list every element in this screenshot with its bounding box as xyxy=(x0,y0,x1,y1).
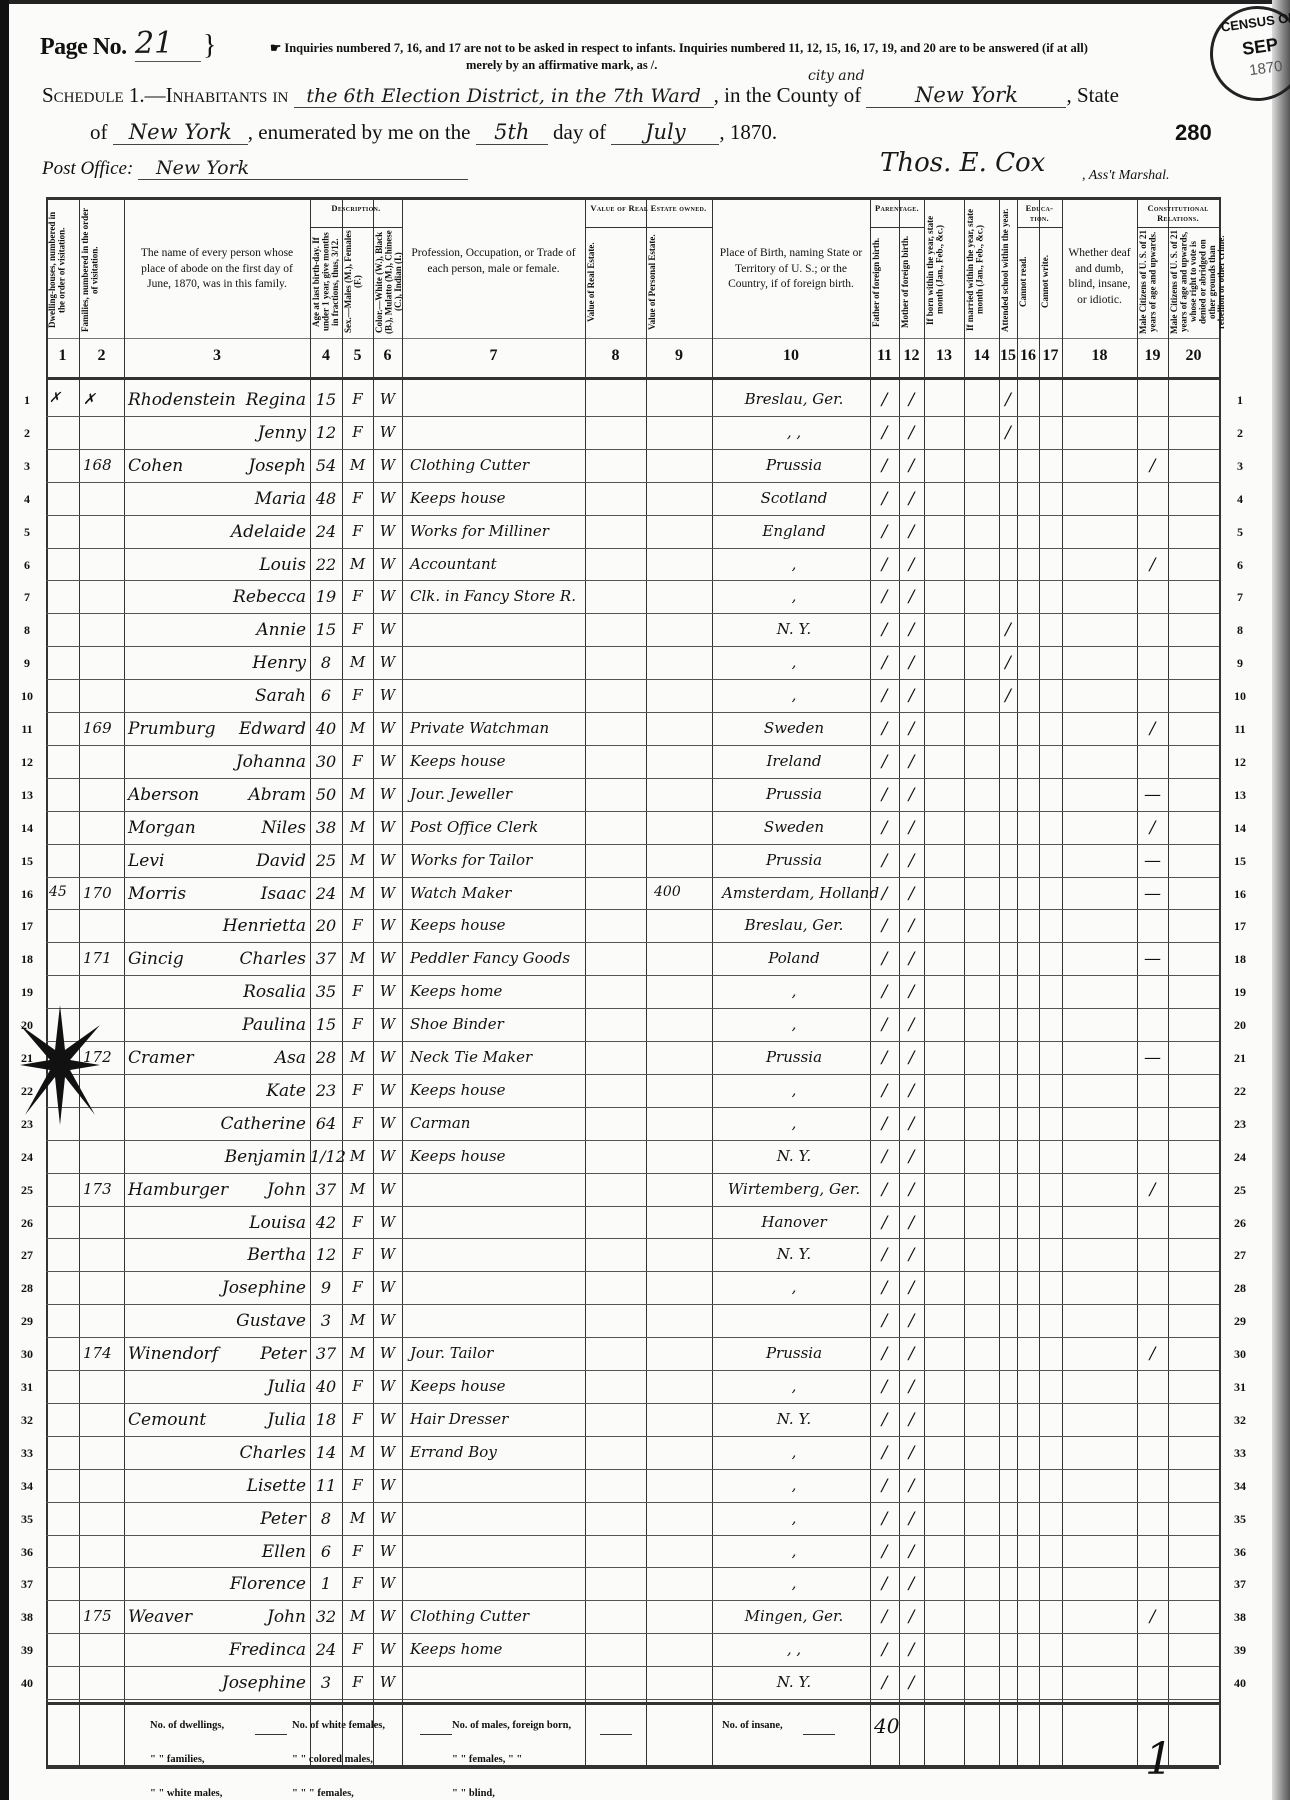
line-number-left: 9 xyxy=(16,656,38,671)
mother-foreign-mark: / xyxy=(899,1640,924,1660)
color: W xyxy=(373,1410,402,1428)
father-foreign-mark: / xyxy=(870,686,899,706)
line-number-left: 26 xyxy=(16,1216,38,1231)
occupation: Accountant xyxy=(410,555,497,573)
sex: M xyxy=(342,1180,373,1198)
occupation: Keeps house xyxy=(410,916,506,934)
school-mark: / xyxy=(999,653,1017,673)
family-number: ✗ xyxy=(83,390,96,408)
line-number-left: 30 xyxy=(16,1347,38,1362)
post-office-field: New York xyxy=(138,157,468,180)
citizen-mark: — xyxy=(1137,949,1168,969)
birthplace: Sweden xyxy=(722,719,866,737)
line-number-right: 36 xyxy=(1229,1545,1251,1560)
mother-foreign-mark: / xyxy=(899,686,924,706)
sex: F xyxy=(342,390,373,408)
group-parentage-underline xyxy=(870,227,924,228)
line-number-right: 1 xyxy=(1229,393,1251,408)
county-label: County of xyxy=(777,83,862,107)
column-divider xyxy=(1039,197,1040,1765)
line-number-right: 27 xyxy=(1229,1248,1251,1263)
given-name: Fredinca xyxy=(124,1640,306,1660)
birthplace: , , xyxy=(722,423,866,441)
mother-foreign-mark: / xyxy=(899,949,924,969)
color: W xyxy=(373,1344,402,1362)
age: 35 xyxy=(310,982,342,1001)
column-header-2: Families, numbered in the order of visit… xyxy=(81,206,122,334)
column-divider xyxy=(46,197,48,1765)
occupation: Keeps home xyxy=(410,982,502,1000)
group-constitutional: Constitutional Relations. xyxy=(1137,203,1219,223)
column-number-17: 17 xyxy=(1039,347,1062,365)
sex: F xyxy=(342,916,373,934)
birthplace: Breslau, Ger. xyxy=(722,916,866,934)
birthplace: , xyxy=(722,1476,866,1494)
row-rule xyxy=(46,712,1219,713)
column-divider xyxy=(646,197,647,1765)
line-number-right: 29 xyxy=(1229,1314,1251,1329)
column-number-8: 8 xyxy=(585,347,646,365)
sex: F xyxy=(342,1245,373,1263)
school-mark: / xyxy=(999,423,1017,443)
father-foreign-mark: / xyxy=(870,1640,899,1660)
age: 20 xyxy=(310,916,342,935)
color: W xyxy=(373,1015,402,1033)
marshal-label: , Ass't Marshal. xyxy=(1082,168,1170,184)
birthplace: , xyxy=(722,1443,866,1461)
citizen-mark: / xyxy=(1137,1344,1168,1364)
age: 37 xyxy=(310,1180,342,1199)
line-number-left: 1 xyxy=(16,393,38,408)
occupation: Post Office Clerk xyxy=(410,818,538,836)
summary-blind: " " blind, xyxy=(452,1788,495,1799)
row-rule xyxy=(46,877,1219,878)
school-mark: / xyxy=(999,686,1017,706)
sex: M xyxy=(342,719,373,737)
mother-foreign-mark: / xyxy=(899,423,924,443)
mother-foreign-mark: / xyxy=(899,1147,924,1167)
line-number-right: 22 xyxy=(1229,1084,1251,1099)
given-name: Abram xyxy=(124,785,306,805)
color: W xyxy=(373,1311,402,1329)
sex: M xyxy=(342,1048,373,1066)
father-foreign-mark: / xyxy=(870,851,899,871)
age: 11 xyxy=(310,1476,342,1495)
line-number-left: 17 xyxy=(16,919,38,934)
column-divider xyxy=(79,197,80,1765)
row-rule xyxy=(46,1535,1219,1536)
color: W xyxy=(373,1048,402,1066)
personal-estate: 400 xyxy=(654,884,681,900)
father-foreign-mark: / xyxy=(870,653,899,673)
summary-colored-males: " " colored males, xyxy=(292,1754,373,1765)
column-divider xyxy=(585,197,586,1765)
city-and-insert: city and xyxy=(808,68,865,84)
column-number-19: 19 xyxy=(1137,347,1168,365)
father-foreign-mark: / xyxy=(870,390,899,410)
sex: F xyxy=(342,423,373,441)
row-rule xyxy=(46,1238,1219,1239)
birthplace: Ireland xyxy=(722,752,866,770)
citizen-mark: / xyxy=(1137,719,1168,739)
sex: M xyxy=(342,1607,373,1625)
age: 15 xyxy=(310,390,342,409)
mother-foreign-mark: / xyxy=(899,1476,924,1496)
stamp-month: SEP xyxy=(1241,34,1280,60)
given-name: Ellen xyxy=(124,1542,306,1562)
group-description: Description. xyxy=(310,203,402,213)
color: W xyxy=(373,884,402,902)
given-name: Charles xyxy=(124,949,306,969)
age: 6 xyxy=(310,1542,342,1561)
summary-blank-line xyxy=(600,1768,632,1769)
line-number-right: 37 xyxy=(1229,1577,1251,1592)
sex: F xyxy=(342,1410,373,1428)
birthplace: , xyxy=(722,1015,866,1033)
row-rule xyxy=(46,580,1219,581)
column-header-4: Age at last birth-day. If under 1 year, … xyxy=(312,230,340,334)
line-number-left: 8 xyxy=(16,623,38,638)
birthplace: Scotland xyxy=(722,489,866,507)
row-rule xyxy=(46,482,1219,483)
father-foreign-mark: / xyxy=(870,1311,899,1331)
census-sheet: Page No. 21 } ☛ Inquiries numbered 7, 16… xyxy=(0,0,1290,1800)
line-number-right: 35 xyxy=(1229,1512,1251,1527)
color: W xyxy=(373,1278,402,1296)
row-rule xyxy=(46,844,1219,845)
father-foreign-mark: / xyxy=(870,587,899,607)
column-divider xyxy=(1062,197,1063,1765)
color: W xyxy=(373,587,402,605)
birthplace: , xyxy=(722,982,866,1000)
mother-foreign-mark: / xyxy=(899,785,924,805)
column-number-10: 10 xyxy=(712,347,870,365)
row-rule xyxy=(46,515,1219,516)
column-number-15: 15 xyxy=(999,347,1017,365)
given-name: Edward xyxy=(124,719,306,739)
birthplace: , xyxy=(722,1081,866,1099)
birthplace: Prussia xyxy=(722,851,866,869)
father-foreign-mark: / xyxy=(870,949,899,969)
color: W xyxy=(373,1673,402,1691)
color: W xyxy=(373,752,402,770)
column-header-19: Male Citizens of U. S. of 21 years of ag… xyxy=(1139,230,1166,334)
line-number-right: 38 xyxy=(1229,1610,1251,1625)
given-name: Rosalia xyxy=(124,982,306,1002)
sex: F xyxy=(342,1081,373,1099)
row-rule xyxy=(46,1140,1219,1141)
father-foreign-mark: / xyxy=(870,1278,899,1298)
brace-glyph: } xyxy=(203,30,216,62)
given-name: Joseph xyxy=(124,456,306,476)
color: W xyxy=(373,390,402,408)
birthplace: , xyxy=(722,1542,866,1560)
schedule-line: Schedule 1.—Inhabitants in the 6th Elect… xyxy=(42,83,1119,108)
father-foreign-mark: / xyxy=(870,423,899,443)
father-foreign-mark: / xyxy=(870,522,899,542)
line-number-left: 13 xyxy=(16,788,38,803)
age: 15 xyxy=(310,1015,342,1034)
color: W xyxy=(373,1147,402,1165)
line-number-right: 15 xyxy=(1229,854,1251,869)
birthplace: , xyxy=(722,587,866,605)
occupation: Carman xyxy=(410,1114,470,1132)
father-foreign-mark: / xyxy=(870,818,899,838)
row-rule xyxy=(46,1337,1219,1338)
birthplace: Prussia xyxy=(722,785,866,803)
row-rule xyxy=(46,613,1219,614)
sex: M xyxy=(342,851,373,869)
schedule-prefix: Schedule 1.—Inhabitants in xyxy=(42,83,288,107)
age: 50 xyxy=(310,785,342,804)
mother-foreign-mark: / xyxy=(899,818,924,838)
sex: F xyxy=(342,686,373,704)
age: 37 xyxy=(310,949,342,968)
row-rule xyxy=(46,1041,1219,1042)
column-divider xyxy=(1219,197,1221,1765)
father-foreign-mark: / xyxy=(870,1048,899,1068)
line-number-right: 12 xyxy=(1229,755,1251,770)
birthplace: , xyxy=(722,1278,866,1296)
citizen-mark: — xyxy=(1137,884,1168,904)
row-rule xyxy=(46,778,1219,779)
birthplace: Breslau, Ger. xyxy=(722,390,866,408)
line-number-left: 6 xyxy=(16,558,38,573)
occupation: Private Watchman xyxy=(410,719,549,737)
line-number-right: 18 xyxy=(1229,952,1251,967)
age: 25 xyxy=(310,851,342,870)
color: W xyxy=(373,653,402,671)
age: 8 xyxy=(310,653,342,672)
line-number-right: 40 xyxy=(1229,1676,1251,1691)
summary-blank-line xyxy=(255,1768,287,1769)
family-number: 175 xyxy=(83,1607,112,1625)
mother-foreign-mark: / xyxy=(899,456,924,476)
summary-families: " " families, xyxy=(150,1754,205,1765)
summary-insane: No. of insane, xyxy=(722,1720,783,1731)
occupation: Keeps house xyxy=(410,1147,506,1165)
color: W xyxy=(373,1213,402,1231)
age: 3 xyxy=(310,1311,342,1330)
family-number: 169 xyxy=(83,719,112,737)
given-name: Charles xyxy=(124,1443,306,1463)
column-header-12: Mother of foreign birth. xyxy=(901,230,922,334)
age: 24 xyxy=(310,884,342,903)
row-rule xyxy=(46,811,1219,812)
row-rule xyxy=(46,1370,1219,1371)
father-foreign-mark: / xyxy=(870,1081,899,1101)
given-name: Benjamin xyxy=(124,1147,306,1167)
column-divider xyxy=(402,197,403,1765)
summary-blank-line xyxy=(600,1734,632,1735)
given-name: Maria xyxy=(124,489,306,509)
stamp-year: 1870 xyxy=(1248,58,1283,79)
mother-foreign-mark: / xyxy=(899,390,924,410)
birthplace: N. Y. xyxy=(722,1245,866,1263)
mother-foreign-mark: / xyxy=(899,522,924,542)
line-number-right: 32 xyxy=(1229,1413,1251,1428)
sex: M xyxy=(342,949,373,967)
father-foreign-mark: / xyxy=(870,916,899,936)
given-name: Sarah xyxy=(124,686,306,706)
family-number: 171 xyxy=(83,949,112,967)
row-rule xyxy=(46,1699,1219,1700)
dwelling-number: ✗ xyxy=(49,390,61,406)
sex: M xyxy=(342,1311,373,1329)
row-rule xyxy=(46,745,1219,746)
birthplace: Poland xyxy=(722,949,866,967)
line-number-right: 13 xyxy=(1229,788,1251,803)
age: 24 xyxy=(310,522,342,541)
group-description-underline xyxy=(310,227,402,228)
column-number-4: 4 xyxy=(310,347,342,365)
mother-foreign-mark: / xyxy=(899,1245,924,1265)
mother-foreign-mark: / xyxy=(899,1410,924,1430)
mother-foreign-mark: / xyxy=(899,1443,924,1463)
birthplace: N. Y. xyxy=(722,1147,866,1165)
age: 38 xyxy=(310,818,342,837)
column-number-20: 20 xyxy=(1168,347,1219,365)
mother-foreign-mark: / xyxy=(899,916,924,936)
column-number-7: 7 xyxy=(402,347,585,365)
birthplace: Prussia xyxy=(722,456,866,474)
marshal-signature: Thos. E. Cox xyxy=(880,148,1045,178)
color: W xyxy=(373,851,402,869)
sex: F xyxy=(342,1015,373,1033)
mother-foreign-mark: / xyxy=(899,587,924,607)
line-number-left: 24 xyxy=(16,1150,38,1165)
color: W xyxy=(373,949,402,967)
tally-total: 40 xyxy=(874,1714,899,1738)
birthplace: , xyxy=(722,1574,866,1592)
state-line: of New York, enumerated by me on the 5th… xyxy=(90,120,777,145)
father-foreign-mark: / xyxy=(870,1344,899,1364)
column-divider xyxy=(1137,197,1138,1765)
row-rule xyxy=(46,1271,1219,1272)
mother-foreign-mark: / xyxy=(899,1114,924,1134)
color: W xyxy=(373,423,402,441)
given-name: Peter xyxy=(124,1344,306,1364)
column-number-2: 2 xyxy=(79,347,124,365)
color: W xyxy=(373,620,402,638)
starburst-mark-icon xyxy=(20,1005,100,1125)
color: W xyxy=(373,1607,402,1625)
row-rule xyxy=(46,1173,1219,1174)
column-number-11: 11 xyxy=(870,347,899,365)
occupation: Keeps house xyxy=(410,489,506,507)
occupation: Keeps house xyxy=(410,1081,506,1099)
dwelling-number: 45 xyxy=(49,884,67,900)
group-parentage: Parentage. xyxy=(870,203,924,213)
mother-foreign-mark: / xyxy=(899,1344,924,1364)
line-number-right: 33 xyxy=(1229,1446,1251,1461)
line-number-right: 4 xyxy=(1229,492,1251,507)
citizen-mark: — xyxy=(1137,851,1168,871)
mother-foreign-mark: / xyxy=(899,851,924,871)
column-header-16: Cannot read. xyxy=(1019,230,1037,334)
group-real-estate: Value of Real Estate owned. xyxy=(585,203,712,213)
family-number: 170 xyxy=(83,884,112,902)
father-foreign-mark: / xyxy=(870,1213,899,1233)
given-name: Kate xyxy=(124,1081,306,1101)
row-rule xyxy=(46,1304,1219,1305)
sex: F xyxy=(342,587,373,605)
column-number-3: 3 xyxy=(124,347,310,365)
given-name: Henry xyxy=(124,653,306,673)
age: 28 xyxy=(310,1048,342,1067)
header-divider xyxy=(46,338,1219,339)
occupation: Keeps house xyxy=(410,1377,506,1395)
sex: M xyxy=(342,1147,373,1165)
sex: F xyxy=(342,982,373,1000)
line-number-left: 28 xyxy=(16,1281,38,1296)
father-foreign-mark: / xyxy=(870,752,899,772)
column-divider xyxy=(1168,197,1169,1765)
line-number-right: 19 xyxy=(1229,985,1251,1000)
birthplace: England xyxy=(722,522,866,540)
column-header-9: Value of Personal Estate. xyxy=(648,230,710,334)
mother-foreign-mark: / xyxy=(899,1673,924,1693)
column-divider xyxy=(924,197,925,1765)
color: W xyxy=(373,1443,402,1461)
given-name: Niles xyxy=(124,818,306,838)
age: 54 xyxy=(310,456,342,475)
summary-foreign-males: No. of males, foreign born, xyxy=(452,1720,571,1731)
table-bottom-rule xyxy=(46,1702,1219,1705)
age: 23 xyxy=(310,1081,342,1100)
row-rule xyxy=(46,1567,1219,1568)
line-number-left: 25 xyxy=(16,1183,38,1198)
line-number-left: 4 xyxy=(16,492,38,507)
color: W xyxy=(373,1180,402,1198)
column-header-6: Color.—White (W.), Black (B.), Mulatto (… xyxy=(375,230,400,334)
birthplace: N. Y. xyxy=(722,1673,866,1691)
sex: F xyxy=(342,1114,373,1132)
column-number-18: 18 xyxy=(1062,347,1137,365)
line-number-left: 11 xyxy=(16,722,38,737)
line-number-right: 25 xyxy=(1229,1183,1251,1198)
column-header-3: The name of every person whose place of … xyxy=(130,246,304,293)
row-rule xyxy=(46,942,1219,943)
sex: F xyxy=(342,1542,373,1560)
state-label: , State xyxy=(1066,83,1119,107)
county-field: New York xyxy=(866,83,1066,108)
row-rule xyxy=(46,416,1219,417)
row-rule xyxy=(46,1469,1219,1470)
family-number: 174 xyxy=(83,1344,112,1362)
line-number-left: 34 xyxy=(16,1479,38,1494)
line-number-right: 6 xyxy=(1229,558,1251,573)
row-rule xyxy=(46,646,1219,647)
citizen-mark: / xyxy=(1137,456,1168,476)
citizen-mark: / xyxy=(1137,1607,1168,1627)
column-number-13: 13 xyxy=(924,347,964,365)
column-header-14: If married within the year, state month … xyxy=(966,206,997,334)
line-number-right: 23 xyxy=(1229,1117,1251,1132)
age: 12 xyxy=(310,423,342,442)
father-foreign-mark: / xyxy=(870,982,899,1002)
color: W xyxy=(373,1640,402,1658)
line-number-right: 21 xyxy=(1229,1051,1251,1066)
column-header-20: Male Citizens of U. S. of 21 years of ag… xyxy=(1170,230,1217,334)
age: 24 xyxy=(310,1640,342,1659)
sex: M xyxy=(342,555,373,573)
birthplace: , xyxy=(722,1114,866,1132)
given-name: Adelaide xyxy=(124,522,306,542)
line-number-right: 20 xyxy=(1229,1018,1251,1033)
age: 6 xyxy=(310,686,342,705)
age: 15 xyxy=(310,620,342,639)
